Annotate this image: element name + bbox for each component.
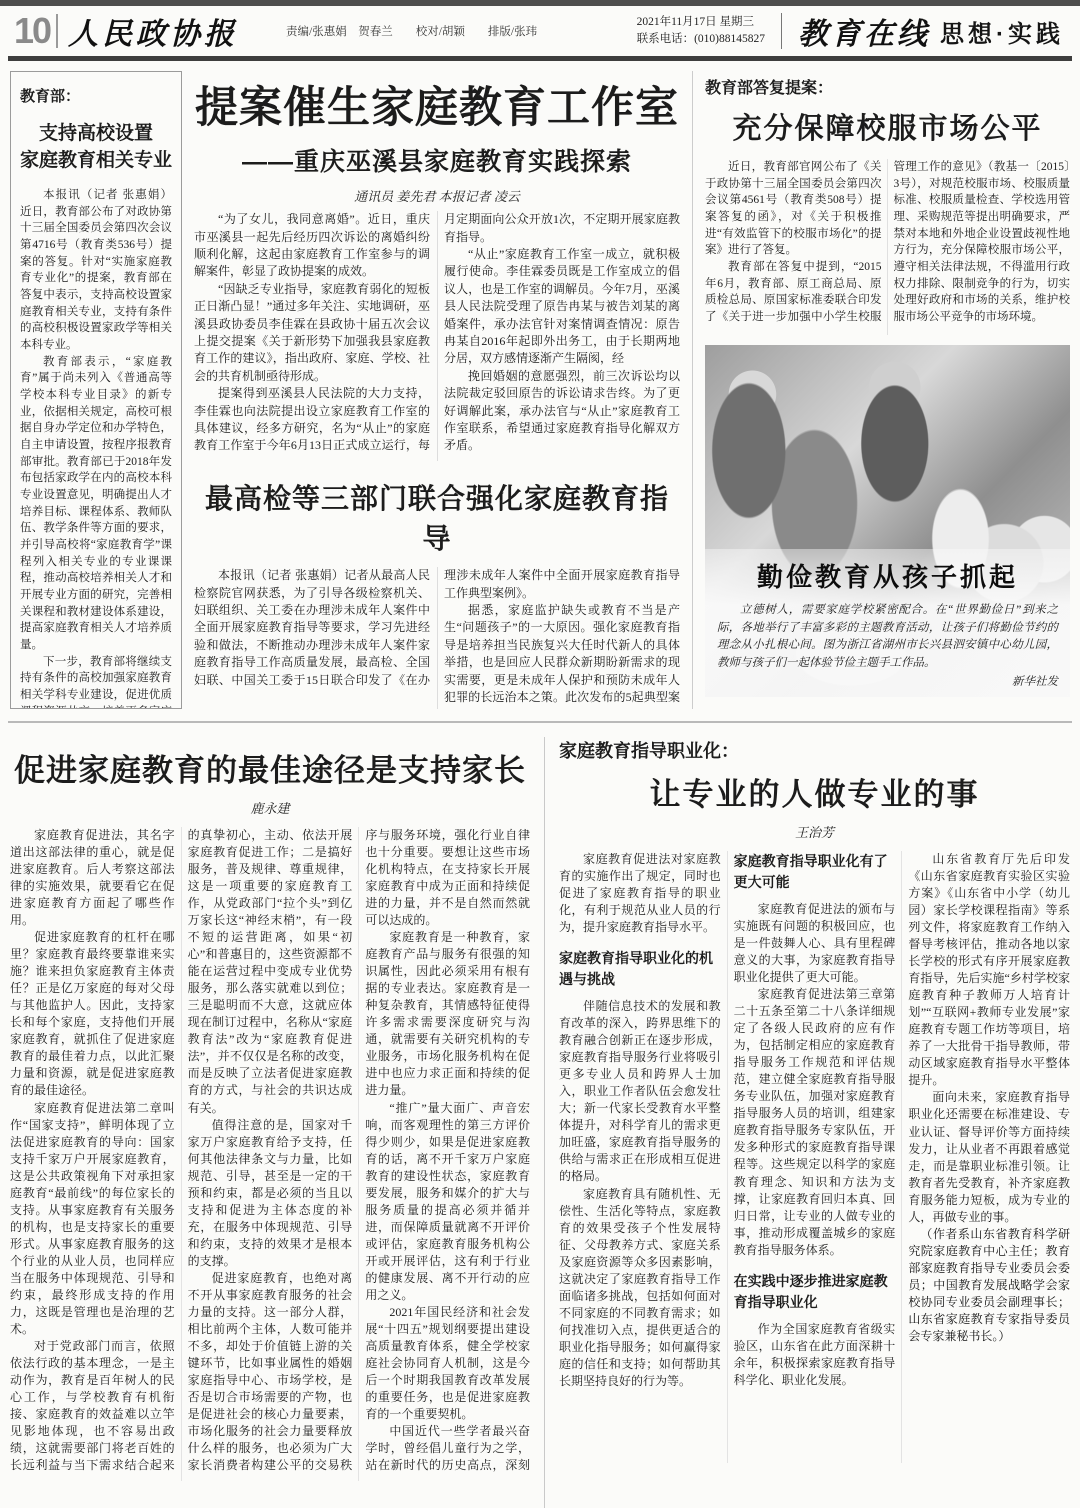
main-subtitle: ——重庆巫溪县家庭教育实践探索 [194, 142, 680, 178]
news-photo: 勤俭教育从孩子抓起 立德树人，需要家庭学校紧密配合。在“世界勤俭日”到来之际，各… [705, 345, 1070, 697]
article-paragraph: 本报讯（记者 张惠娟）近日，教育部公布了对政协第十三届全国委员会第四次会议第47… [20, 187, 172, 354]
article-paragraph: 山东省教育厅先后印发《山东省家庭教育实验区实验方案》《山东省中小学（幼儿园）家长… [908, 851, 1070, 1089]
article-title: 支持高校设置 家庭教育相关专业 [20, 120, 172, 175]
article-moe-majors: 教育部： 支持高校设置 家庭教育相关专业 本报讯（记者 张惠娟）近日，教育部公布… [10, 71, 182, 709]
article-paragraph: 近日，教育部官网公布了《关于政协第十三届全国委员会第四次会议第4561号（教育类… [705, 159, 882, 259]
section-heading: 在实践中逐步推进家庭教育指导职业化 [734, 1271, 896, 1313]
byline: 通讯员 姜先君 本报记者 凌云 [194, 186, 680, 205]
article-body: 近日，教育部官网公布了《关于政协第十三届全国委员会第四次会议第4561号（教育类… [705, 159, 1070, 335]
right-column: 教育部答复提案： 充分保障校服市场公平 近日，教育部官网公布了《关于政协第十三届… [692, 71, 1070, 709]
page-number: 10 [14, 10, 50, 52]
issue-date: 2021年11月17日 星期三 [637, 16, 754, 28]
article-author: 鹿永建 [10, 798, 530, 817]
article-kicker: 家庭教育指导职业化： [559, 737, 1070, 763]
article-body: 家庭教育促进法，其名字道出这部法律的重心，就是促进家庭教育。后人考察这部法律的实… [10, 827, 530, 1481]
article-support-parents: 促进家庭教育的最佳途径是支持家长 鹿永建 家庭教育促进法，其名字道出这部法律的重… [10, 737, 530, 1508]
article-title: 让专业的人做专业的事 [559, 769, 1070, 814]
section-subtitle: 思想·实践 [940, 14, 1064, 49]
article-body: “为了女儿，我同意离婚”。近日，重庆市巫溪县一起先后经历四次诉讼的离婚纠纷顺利化… [194, 211, 680, 461]
article-paragraph: 挽回婚姻的意愿强烈，前三次诉讼均以法院裁定驳回原告的诉讼请求告终。为了更好调解此… [444, 368, 680, 455]
article-paragraph: 家庭教育促进法第三章第二十五条至第二十八条详细规定了各级人民政府的应有作为，包括… [734, 986, 896, 1259]
article-professionalization: 家庭教育指导职业化： 让专业的人做专业的事 王治芳 家庭教育促进法对家庭教育的实… [544, 737, 1070, 1508]
article-paragraph: 2021年国民经济和社会发展“十四五”规划纲要提出建设高质量教育体系，健全学校家… [365, 1304, 530, 1423]
newspaper-page: 10 人民政协报 责编/张惠娟 贺春兰 校对/胡颖 排版/张玮 2021年11月… [0, 0, 1080, 1508]
photo-caption-title: 勤俭教育从孩子抓起 [717, 557, 1058, 594]
article-paragraph: 家庭教育促进法，其名字道出这部法律的重心，就是促进家庭教育。后人考察这部法律的实… [10, 827, 175, 929]
page-number-divider [56, 14, 58, 48]
photo-caption-text: 立德树人，需要家庭学校紧密配合。在“世界勤俭日”到来之际，各地举行了丰富多彩的主… [717, 602, 1058, 673]
bottom-section: 促进家庭教育的最佳途径是支持家长 鹿永建 家庭教育促进法，其名字道出这部法律的重… [0, 723, 1080, 1508]
article-paragraph: 值得注意的是，国家对千家万户家庭教育给予支持，任何其他法律条文与力量，比如规范、… [188, 1117, 353, 1270]
paper-name: 人民政协报 [68, 9, 238, 53]
masthead-divider [781, 13, 782, 49]
article-paragraph: 家庭教育促进法的颁布与实施既有问题的积极回应，也是一件鼓舞人心、具有里程碑意义的… [734, 901, 896, 986]
article-paragraph: 伴随信息技术的发展和教育改革的深入，跨界思维下的教育融合创新正在逐步形成，家庭教… [559, 998, 721, 1185]
section-heading: 家庭教育指导职业化的机遇与挑战 [559, 948, 721, 990]
contact-phone: 联系电话：(010)88145827 [637, 33, 765, 45]
procuratorate-headline: 最高检等三部门联合强化家庭教育指导 [194, 477, 680, 557]
article-paragraph: 教育部表示，“家庭教育”属于尚未列入《普通高等学校本科专业目录》的新专业，依据相… [20, 354, 172, 654]
author-bio: （作者系山东省教育科学研究院家庭教育中心主任；教育部家庭教育指导专业委员会委员；… [908, 1226, 1070, 1345]
main-headline: 提案催生家庭教育工作室 [194, 85, 680, 132]
article-paragraph: 下一步，教育部将继续支持有条件的高校加强家庭教育相关学科专业建设，促进优质课程资… [20, 654, 172, 709]
article-paragraph: 家庭教育是一种教育，家庭教育产品与服务有很强的知识属性，因此必须采用有根有据的专… [365, 929, 530, 1099]
photo-credit: 新华社发 [717, 673, 1058, 689]
article-author: 王治芳 [559, 822, 1070, 841]
article-kicker: 教育部： [20, 86, 172, 108]
photo-caption-overlay: 勤俭教育从孩子抓起 立德树人，需要家庭学校紧密配合。在“世界勤俭日”到来之际，各… [705, 549, 1070, 697]
masthead: 10 人民政协报 责编/张惠娟 贺春兰 校对/胡颖 排版/张玮 2021年11月… [0, 6, 1080, 54]
article-paragraph: “推广”量大面广、声音宏响，而客观理性的第三方评价得少则少，如果是促进家庭教育的… [365, 1100, 530, 1304]
article-body: 家庭教育促进法对家庭教育的实施作出了规定，同时也促进了家庭教育指导的职业化，有利… [559, 851, 1070, 1463]
uniform-headline: 充分保障校服市场公平 [705, 106, 1070, 147]
article-paragraph: “为了女儿，我同意离婚”。近日，重庆市巫溪县一起先后经历四次诉讼的离婚纠纷顺利化… [194, 211, 430, 281]
article-paragraph: 家庭教育具有随机性、无偿性、生活化等特点，家庭教育的效果受孩子个性发展特征、父母… [559, 1186, 721, 1390]
section-title: 教育在线 [798, 9, 930, 53]
section-heading: 家庭教育指导职业化有了更大可能 [734, 851, 896, 893]
article-paragraph: 促进家庭教育的杠杆在哪里？家庭教育最终要靠谁来实施？谁来担负家庭教育主体责任？正… [10, 929, 175, 1099]
article-paragraph: 家庭教育促进法对家庭教育的实施作出了规定，同时也促进了家庭教育指导的职业化，有利… [559, 851, 721, 936]
article-paragraph: “从止”家庭教育工作室一成立，就积极履行使命。李佳霖委员既是工作室成立的倡议人，… [444, 246, 680, 368]
article-paragraph: “因缺乏专业指导，家庭教育弱化的短板正日渐凸显！”通过多年关注、实地调研，巫溪县… [194, 281, 430, 385]
article-paragraph: 家庭教育促进法第二章叫作“国家支持”，鲜明体现了立法促进家庭教育的导向：国家支持… [10, 1100, 175, 1338]
article-paragraph: 作为全国家庭教育省级实验区，山东省在此方面深耕十余年，积极探索家庭教育指导科学化… [734, 1321, 896, 1389]
center-column: 提案催生家庭教育工作室 ——重庆巫溪县家庭教育实践探索 通讯员 姜先君 本报记者… [194, 71, 680, 709]
article-title: 促进家庭教育的最佳途径是支持家长 [10, 745, 530, 790]
masthead-right: 2021年11月17日 星期三 联系电话：(010)88145827 教育在线 … [637, 9, 1064, 53]
editor-credits: 责编/张惠娟 贺春兰 校对/胡颖 排版/张玮 [286, 23, 537, 39]
article-body: 本报讯（记者 张惠娟）记者从最高人民检察院官网获悉，为了引导各级检察机关、妇联组… [194, 567, 680, 709]
top-section: 教育部： 支持高校设置 家庭教育相关专业 本报讯（记者 张惠娟）近日，教育部公布… [0, 61, 1080, 709]
date-phone-block: 2021年11月17日 星期三 联系电话：(010)88145827 [637, 14, 765, 47]
article-paragraph: 面向未来，家庭教育指导职业化还需要在标准建设、专业认证、督导评价等方面持续发力，… [908, 1089, 1070, 1225]
article-kicker: 教育部答复提案： [705, 75, 1070, 98]
